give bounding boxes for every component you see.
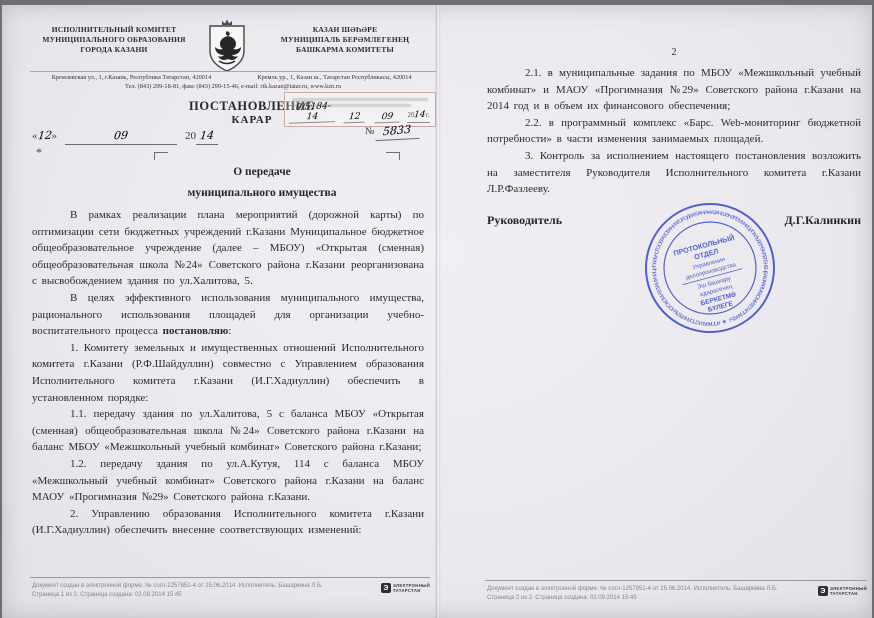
year-value: 14: [414, 110, 427, 120]
signature-name: Д.Г.Калинкин: [785, 213, 862, 228]
footer-divider: [485, 580, 867, 581]
electronic-tatarstan-logo-icon: Э: [818, 586, 828, 596]
electronic-tatarstan-logo-icon: Э: [381, 583, 391, 593]
address-line: Кремлевская ул., 1, г.Казань, Республика…: [30, 74, 436, 81]
paragraph: 1.1. передачу здания по ул.Халитова, 5 с…: [32, 406, 424, 456]
electronic-tatarstan-logo: Э ЭЛЕКТРОННЫЙ ТАТАРСТАН: [818, 586, 867, 596]
logo-text-line: ТАТАРСТАН: [393, 588, 430, 593]
date-line: «12»092014: [32, 126, 282, 145]
footer-divider: [30, 577, 430, 578]
paper-sheet: ИСПОЛНИТЕЛЬНЫЙ КОМИТЕТ МУНИЦИПАЛЬНОГО ОБ…: [2, 5, 872, 618]
title-corner-mark-right: [386, 152, 400, 160]
page-1-body-text: В рамках реализации плана мероприятий (д…: [32, 207, 424, 539]
footer-notes: Документ создан в электронной форме. № с…: [32, 582, 323, 599]
paragraph: 2.1. в муниципальные задания по МБОУ «Ме…: [487, 65, 861, 115]
resolve-keyword: постановляю: [163, 325, 229, 337]
electronic-tatarstan-logo-text: ЭЛЕКТРОННЫЙ ТАТАРСТАН: [830, 586, 867, 596]
kazan-coat-of-arms-icon: [205, 17, 249, 73]
footer-note-line: Документ создан в электронной форме. № с…: [487, 585, 778, 594]
paragraph: 2.2. в программный комплекс «Барс. Web-м…: [487, 115, 861, 148]
svg-text:АППАРАТ ИСПОЛНИТЕЛЬНОГО КОМИТЕ: АППАРАТ ИСПОЛНИТЕЛЬНОГО КОМИТЕТА МУНИЦИП…: [639, 197, 781, 339]
paragraph: 1.2. передачу здания по ул.А.Кутуя, 114 …: [32, 456, 424, 506]
electronic-tatarstan-logo-text: ЭЛЕКТРОННЫЙ ТАТАРСТАН: [393, 583, 430, 593]
paragraph: 2. Управлению образования Исполнительног…: [32, 506, 424, 539]
logo-text-line: ТАТАРСТАН: [830, 591, 867, 596]
page-2-footer: Документ создан в электронной форме. № с…: [487, 585, 867, 602]
faint-stamp-print: [292, 98, 428, 101]
handwritten-day: 12: [343, 112, 365, 124]
approval-seal: АППАРАТ ИСПОЛНИТЕЛЬНОГО КОМИТЕТА МУНИЦИП…: [635, 193, 785, 343]
electronic-tatarstan-logo: Э ЭЛЕКТРОННЫЙ ТАТАРСТАН: [381, 583, 430, 593]
footer-note-line: Страница 1 из 2. Страница создана: 02.09…: [32, 591, 323, 600]
page-1: ИСПОЛНИТЕЛЬНЫЙ КОМИТЕТ МУНИЦИПАЛЬНОГО ОБ…: [2, 5, 439, 618]
paragraph-text: :: [228, 325, 231, 337]
handwritten-month: 09: [113, 129, 128, 142]
document-title: О передаче муниципального имущества: [112, 162, 412, 204]
org-name-russian: ИСПОЛНИТЕЛЬНЫЙ КОМИТЕТ МУНИЦИПАЛЬНОГО ОБ…: [30, 25, 198, 55]
header-divider: [30, 71, 436, 72]
margin-mark: *: [36, 145, 42, 160]
footer-notes: Документ создан в электронной форме. № с…: [487, 585, 778, 602]
org-tat-line: МУНИЦИПАЛЬ БЕРӘМЛЕГЕНЕҢ: [254, 35, 436, 45]
handwritten-registration-number: 0/5184-14: [289, 101, 337, 124]
title-line: О передаче: [112, 162, 412, 183]
address-russian: Кремлевская ул., 1, г.Казань, Республика…: [30, 74, 233, 81]
document-scan: ИСПОЛНИТЕЛЬНЫЙ КОМИТЕТ МУНИЦИПАЛЬНОГО ОБ…: [0, 0, 874, 618]
signature-role: Руководитель: [487, 213, 562, 228]
number-sign: №: [365, 126, 375, 137]
org-ru-line: ИСПОЛНИТЕЛЬНЫЙ КОМИТЕТ: [30, 25, 198, 35]
footer-note-line: Страница 2 из 2. Страница создана: 02.09…: [487, 594, 778, 603]
title-corner-mark-left: [154, 152, 168, 160]
year-suffix: г.: [426, 111, 430, 119]
page-2: 2 2.1. в муниципальные задания по МБОУ «…: [439, 5, 874, 618]
footer-note-line: Документ создан в электронной форме. № с…: [32, 582, 323, 591]
org-tat-line: КАЗАН ШӘҺӘРЕ: [254, 25, 436, 35]
year-blank: 14: [196, 126, 218, 145]
handwritten-doc-number: 5833: [382, 123, 411, 138]
page-number: 2: [487, 47, 861, 58]
page-2-body-text: 2.1. в муниципальные задания по МБОУ «Ме…: [487, 65, 861, 198]
number-blank: 5833: [374, 120, 419, 141]
contact-line: Тел. (843) 299-18-81, факс (843) 299-15-…: [30, 83, 436, 90]
paragraph: В целях эффективного использования муниц…: [32, 290, 424, 340]
seal-ring-text: АППАРАТ ИСПОЛНИТЕЛЬНОГО КОМИТЕТА МУНИЦИП…: [639, 197, 781, 339]
page-1-footer: Документ создан в электронной форме. № с…: [32, 582, 430, 599]
title-line: муниципального имущества: [112, 183, 412, 204]
seal-star-icon: ✦: [721, 317, 729, 326]
paragraph: В рамках реализации плана мероприятий (д…: [32, 207, 424, 290]
address-tatar: Кремль ур., 1, Казан ш., Татарстан Респу…: [233, 74, 436, 81]
paragraph: 1. Комитету земельных и имущественных от…: [32, 340, 424, 406]
org-ru-line: ГОРОДА КАЗАНИ: [30, 45, 198, 55]
org-ru-line: МУНИЦИПАЛЬНОГО ОБРАЗОВАНИЯ: [30, 35, 198, 45]
year-prefix: 20: [185, 130, 196, 142]
document-number: №5833: [365, 121, 419, 140]
org-name-tatar: КАЗАН ШӘҺӘРЕ МУНИЦИПАЛЬ БЕРӘМЛЕГЕНЕҢ БАШ…: [254, 25, 436, 55]
handwritten-day: 12: [37, 129, 52, 142]
paragraph: 3. Контроль за исполнением настоящего по…: [487, 148, 861, 198]
org-tat-line: БАШКАРМА КОМИТЕТЫ: [254, 45, 436, 55]
month-blank: 09: [65, 126, 177, 145]
handwritten-year: 14: [199, 129, 214, 142]
